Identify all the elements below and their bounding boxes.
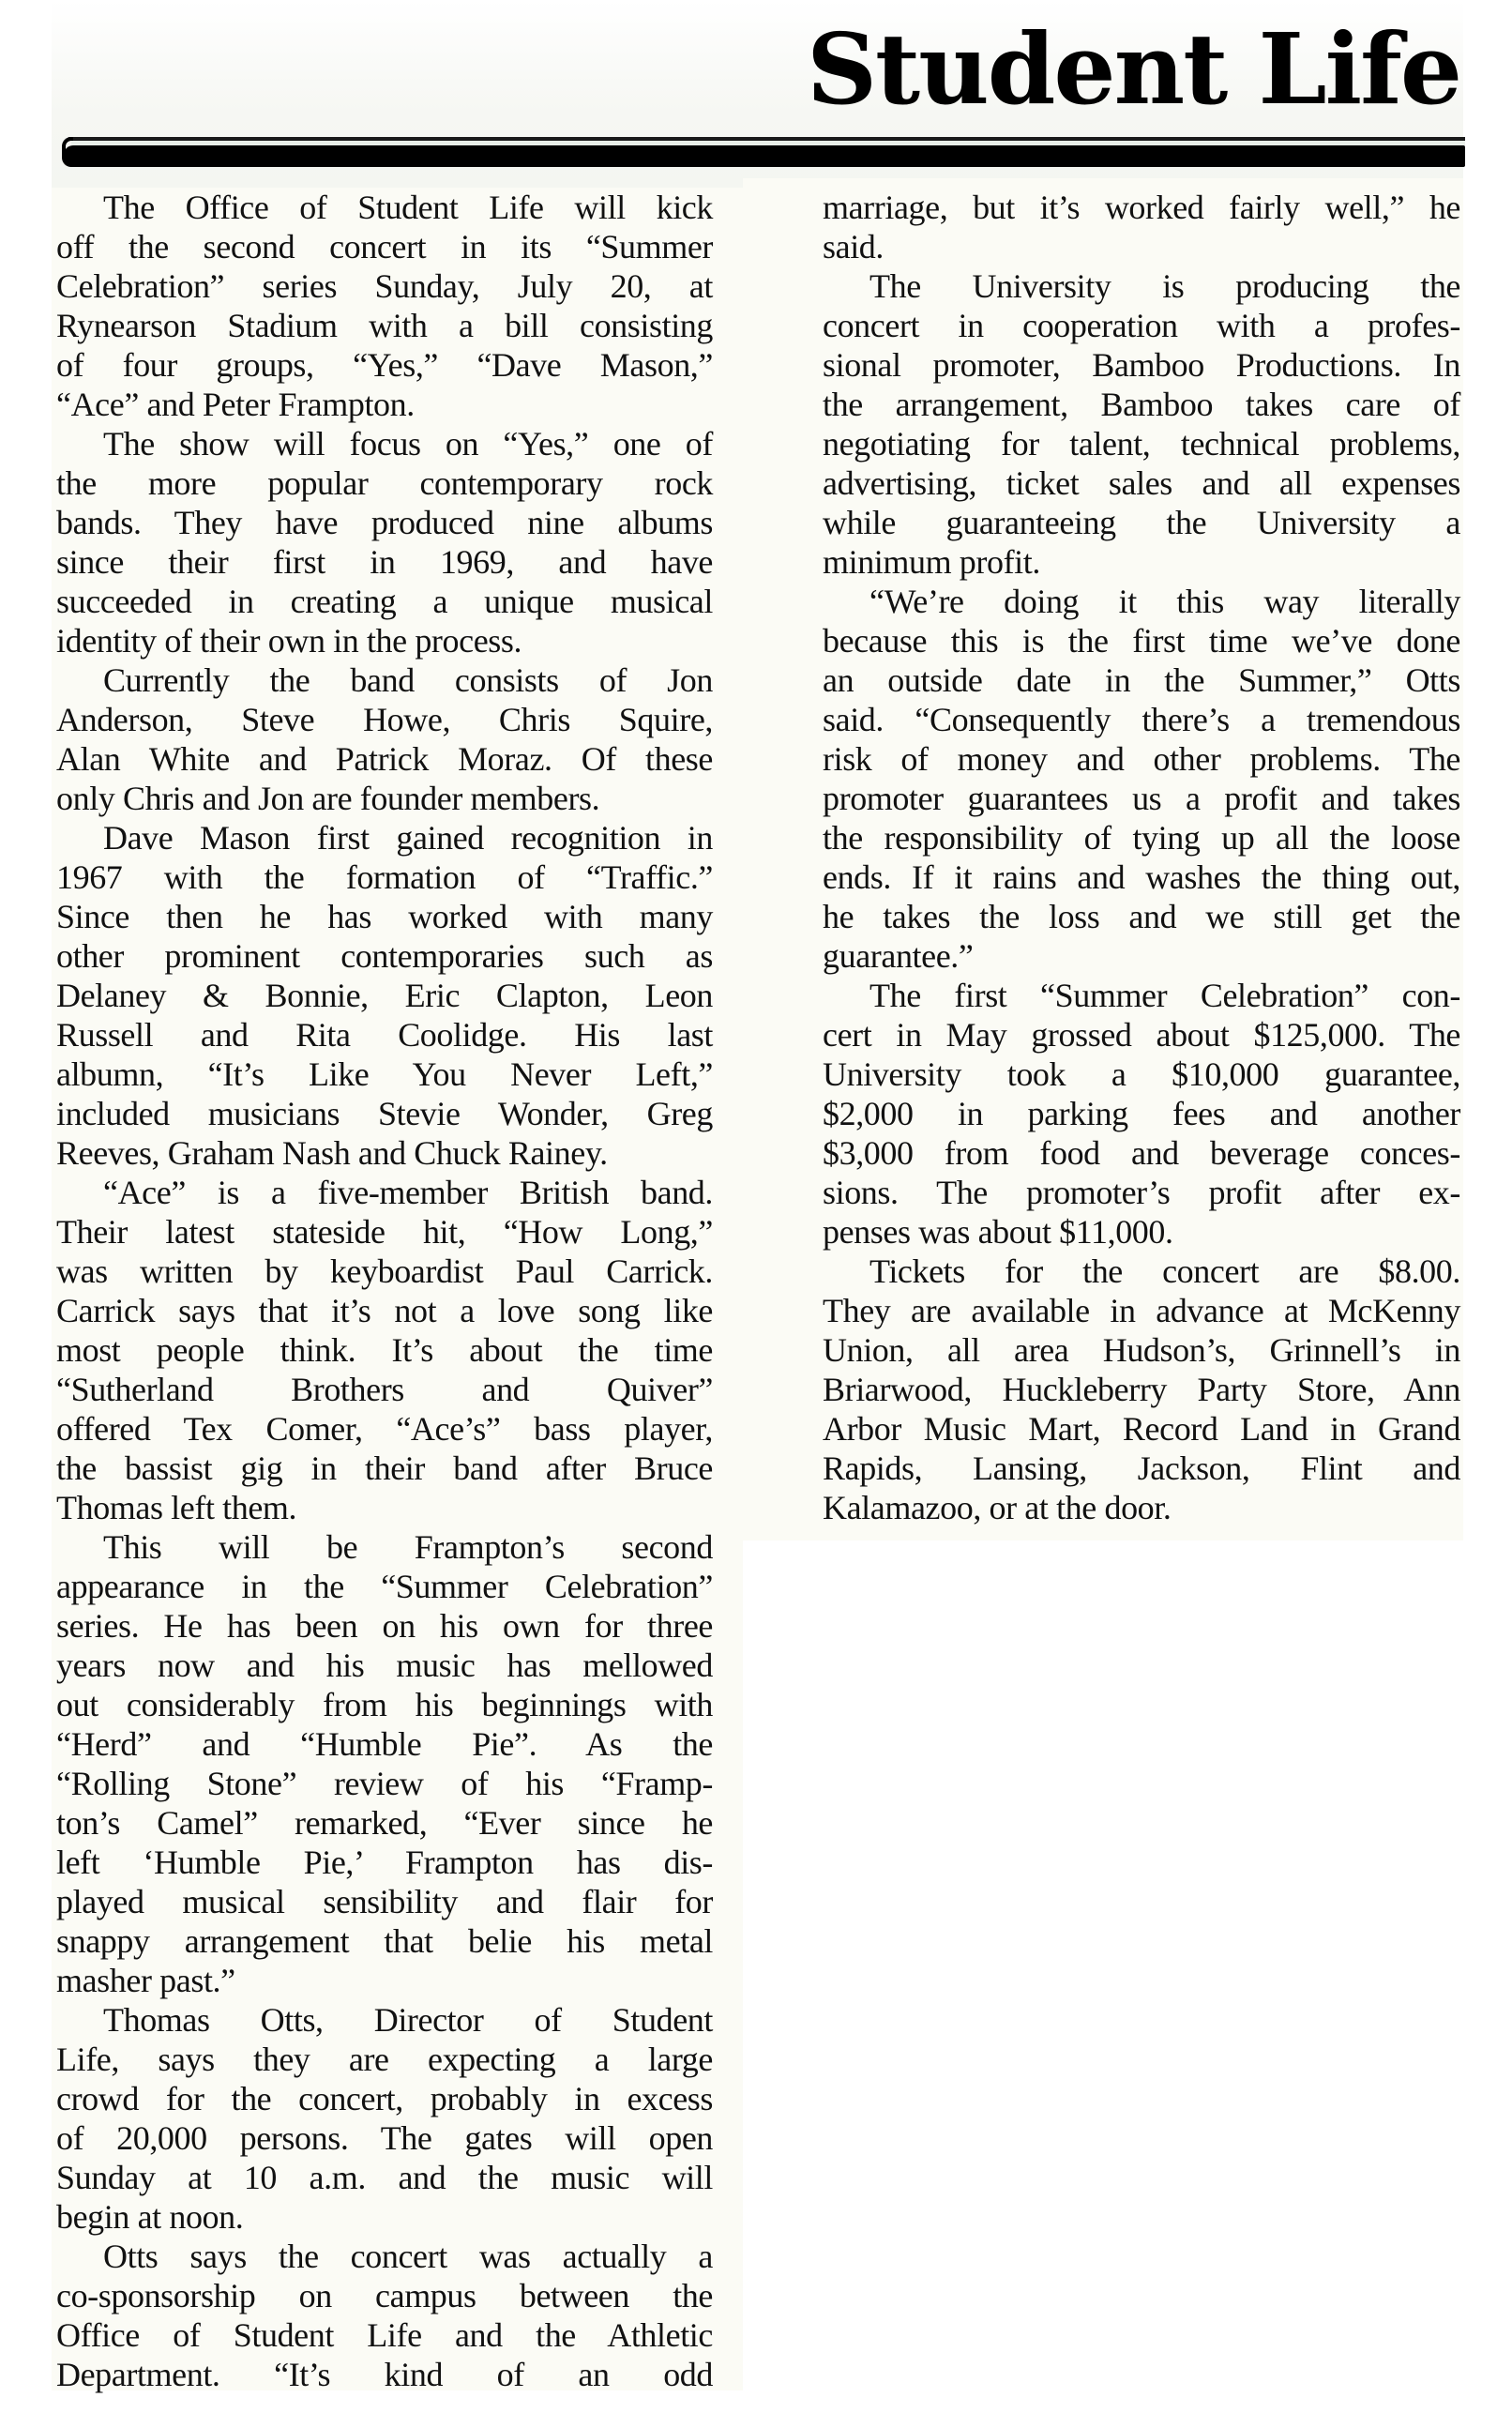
article-column-right: marriage, but it’s worked fairly well,” … <box>823 188 1460 1527</box>
article-line: co-sponsorship on campus between the <box>56 2276 713 2315</box>
article-line: Arbor Music Mart, Record Land in Grand <box>823 1409 1460 1449</box>
article-line: series. He has been on his own for three <box>56 1606 713 1646</box>
article-column-left: The Office of Student Life will kickoff … <box>56 188 713 2394</box>
article-line: Alan White and Patrick Moraz. Of these <box>56 739 713 779</box>
article-line: Carrick says that it’s not a love song l… <box>56 1291 713 1330</box>
article-line: albumn, “It’s Like You Never Left,” <box>56 1055 713 1094</box>
article-line: was written by keyboardist Paul Carrick. <box>56 1252 713 1291</box>
article-line: the arrangement, Bamboo takes care of <box>823 385 1460 424</box>
article-line: ton’s Camel” remarked, “Ever since he <box>56 1803 713 1843</box>
article-line: out considerably from his beginnings wit… <box>56 1685 713 1724</box>
article-line: Celebration” series Sunday, July 20, at <box>56 266 713 306</box>
article-line: succeeded in creating a unique musical <box>56 582 713 621</box>
article-line: negotiating for talent, technical proble… <box>823 424 1460 463</box>
article-line: concert in cooperation with a profes- <box>823 306 1460 345</box>
article-line: an outside date in the Summer,” Otts <box>823 660 1460 700</box>
article-line: The University is producing the <box>823 266 1460 306</box>
article-line: begin at noon. <box>56 2197 713 2237</box>
article-line: Dave Mason first gained recognition in <box>56 818 713 857</box>
article-line: The Office of Student Life will kick <box>56 188 713 227</box>
article-line: Delaney & Bonnie, Eric Clapton, Leon <box>56 976 713 1015</box>
article-line: Office of Student Life and the Athletic <box>56 2315 713 2355</box>
article-line: minimum profit. <box>823 542 1460 582</box>
article-line: marriage, but it’s worked fairly well,” … <box>823 188 1460 227</box>
article-line: off the second concert in its “Summer <box>56 227 713 266</box>
article-line: “Sutherland Brothers and Quiver” <box>56 1370 713 1409</box>
article-line: bands. They have produced nine albums <box>56 503 713 542</box>
article-line: sional promoter, Bamboo Productions. In <box>823 345 1460 385</box>
article-line: the bassist gig in their band after Bruc… <box>56 1449 713 1488</box>
article-line: years now and his music has mellowed <box>56 1646 713 1685</box>
article-line: said. <box>823 227 1460 266</box>
article-line: since their first in 1969, and have <box>56 542 713 582</box>
article-line: appearance in the “Summer Celebration” <box>56 1567 713 1606</box>
article-line: cert in May grossed about $125,000. The <box>823 1015 1460 1055</box>
article-line: $2,000 in parking fees and another <box>823 1094 1460 1133</box>
article-line: identity of their own in the process. <box>56 621 713 660</box>
article-line: said. “Consequently there’s a tremendous <box>823 700 1460 739</box>
article-line: masher past.” <box>56 1961 713 2000</box>
article-line: Kalamazoo, or at the door. <box>823 1488 1460 1527</box>
article-line: “Herd” and “Humble Pie”. As the <box>56 1724 713 1764</box>
article-line: only Chris and Jon are founder members. <box>56 779 713 818</box>
article-line: advertising, ticket sales and all expens… <box>823 463 1460 503</box>
article-line: risk of money and other problems. The <box>823 739 1460 779</box>
section-title: Student Life <box>807 21 1460 118</box>
article-line: Rapids, Lansing, Jackson, Flint and <box>823 1449 1460 1488</box>
article-line: Thomas Otts, Director of Student <box>56 2000 713 2040</box>
article-line: other prominent contemporaries such as <box>56 936 713 976</box>
article-line: ends. If it rains and washes the thing o… <box>823 857 1460 897</box>
article-line: Currently the band consists of Jon <box>56 660 713 700</box>
article-line: while guaranteeing the University a <box>823 503 1460 542</box>
article-line: The first “Summer Celebration” con- <box>823 976 1460 1015</box>
article-line: included musicians Stevie Wonder, Greg <box>56 1094 713 1133</box>
article-line: played musical sensibility and flair for <box>56 1882 713 1921</box>
article-line: snappy arrangement that belie his metal <box>56 1921 713 1961</box>
article-line: Reeves, Graham Nash and Chuck Rainey. <box>56 1133 713 1173</box>
article-line: Anderson, Steve Howe, Chris Squire, <box>56 700 713 739</box>
article-line: guarantee.” <box>823 936 1460 976</box>
article-line: Thomas left them. <box>56 1488 713 1527</box>
article-line: Since then he has worked with many <box>56 897 713 936</box>
article-line: The show will focus on “Yes,” one of <box>56 424 713 463</box>
article-line: “We’re doing it this way literally <box>823 582 1460 621</box>
header-rule-thick <box>64 145 1465 167</box>
header-rule-end-cap <box>62 137 73 167</box>
article-line: offered Tex Comer, “Ace’s” bass player, <box>56 1409 713 1449</box>
article-line: the more popular contemporary rock <box>56 463 713 503</box>
article-line: “Ace” and Peter Frampton. <box>56 385 713 424</box>
article-line: Rynearson Stadium with a bill consisting <box>56 306 713 345</box>
article-line: of four groups, “Yes,” “Dave Mason,” <box>56 345 713 385</box>
article-line: he takes the loss and we still get the <box>823 897 1460 936</box>
article-line: the responsibility of tying up all the l… <box>823 818 1460 857</box>
article-line: promoter guarantees us a profit and take… <box>823 779 1460 818</box>
article-line: 1967 with the formation of “Traffic.” <box>56 857 713 897</box>
article-line: Life, says they are expecting a large <box>56 2040 713 2079</box>
article-line: because this is the first time we’ve don… <box>823 621 1460 660</box>
article-line: “Rolling Stone” review of his “Framp- <box>56 1764 713 1803</box>
article-line: Department. “It’s kind of an odd <box>56 2355 713 2394</box>
article-line: “Ace” is a five-member British band. <box>56 1173 713 1212</box>
article-line: Sunday at 10 a.m. and the music will <box>56 2158 713 2197</box>
article-line: $3,000 from food and beverage conces- <box>823 1133 1460 1173</box>
article-line: of 20,000 persons. The gates will open <box>56 2118 713 2158</box>
article-line: penses was about $11,000. <box>823 1212 1460 1252</box>
article-line: left ‘Humble Pie,’ Frampton has dis- <box>56 1843 713 1882</box>
article-line: Briarwood, Huckleberry Party Store, Ann <box>823 1370 1460 1409</box>
article-line: University took a $10,000 guarantee, <box>823 1055 1460 1094</box>
article-line: Their latest stateside hit, “How Long,” <box>56 1212 713 1252</box>
article-line: sions. The promoter’s profit after ex- <box>823 1173 1460 1212</box>
article-line: most people think. It’s about the time <box>56 1330 713 1370</box>
article-line: crowd for the concert, probably in exces… <box>56 2079 713 2118</box>
article-line: Tickets for the concert are $8.00. <box>823 1252 1460 1291</box>
article-line: Union, all area Hudson’s, Grinnell’s in <box>823 1330 1460 1370</box>
article-line: Russell and Rita Coolidge. His last <box>56 1015 713 1055</box>
article-line: This will be Frampton’s second <box>56 1527 713 1567</box>
article-line: They are available in advance at McKenny <box>823 1291 1460 1330</box>
article-line: Otts says the concert was actually a <box>56 2237 713 2276</box>
